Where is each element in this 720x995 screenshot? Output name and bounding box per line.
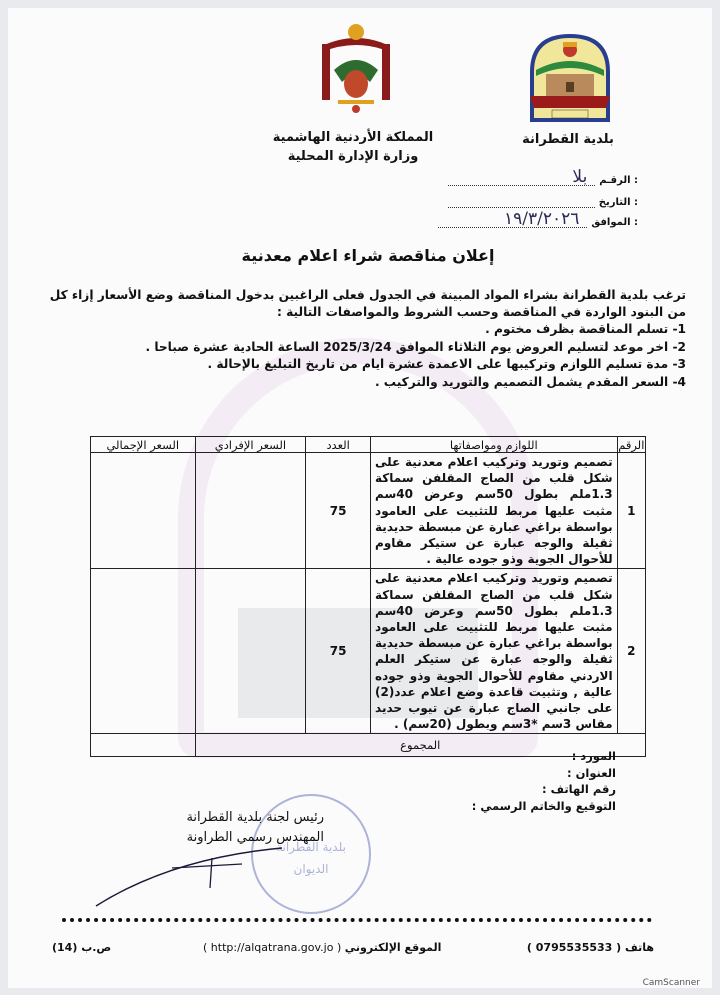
row-unit-price: [195, 569, 306, 734]
government-header: المملكة الأردنية الهاشمية وزارة الإدارة …: [228, 128, 478, 166]
reference-number-field: الرقـم : بلا: [448, 174, 638, 186]
municipality-logo-icon: [522, 30, 618, 126]
document-title: إعلان مناقصة شراء اعلام معدنية: [158, 246, 578, 265]
header-unit-price: السعر الإفرادي: [195, 437, 306, 453]
condition-item: 3- مدة تسليم اللوازم وتركيبها على الاعمد…: [46, 356, 686, 374]
document-page: بلدية القطرانة المملكة الأردنية الهاشمية…: [8, 8, 712, 988]
date-label: التاريخ :: [599, 197, 638, 208]
intro-paragraph: ترغب بلدية القطرانة بشراء المواد المبينة…: [46, 287, 686, 321]
footer-po-box: ص.ب (14): [52, 941, 111, 954]
row-total-price: [91, 453, 196, 569]
table-header-row: الرقم اللوازم ومواصفاتها العدد السعر الإ…: [91, 437, 646, 453]
footer-website-label: الموقع الإلكتروني: [345, 941, 442, 954]
footer-website-url: ( http://alqatrana.gov.jo ): [203, 941, 341, 954]
condition-item: 2- اخر موعد لتسليم العروض يوم الثلاثاء ا…: [46, 339, 686, 357]
row-description: تصميم وتوريد وتركيب اعلام معدنية على شكل…: [371, 453, 617, 568]
jordan-coat-of-arms-icon: [308, 20, 404, 116]
reference-number-label: الرقـم :: [599, 175, 638, 186]
corresponding-date-label: الموافق :: [591, 217, 638, 228]
condition-item: 4- السعر المقدم يشمل التصميم والتوريد وا…: [46, 374, 686, 392]
row-no: 2: [617, 569, 645, 734]
footer-phone: هاتف ( 0795535533 ): [527, 941, 654, 954]
supplier-label: المورد :: [472, 748, 616, 765]
header-quantity: العدد: [306, 437, 371, 453]
kingdom-name: المملكة الأردنية الهاشمية: [228, 128, 478, 147]
table-row: 1 تصميم وتوريد وتركيب اعلام معدنية على ش…: [91, 453, 646, 569]
conditions-list: 1- تسلم المناقصة بظرف مختوم . 2- اخر موع…: [46, 321, 686, 391]
header-no: الرقم: [617, 437, 645, 453]
supplier-fields: المورد : العنوان : رقم الهاتف : التوقيع …: [472, 748, 616, 814]
municipality-name: بلدية القطرانة: [488, 132, 648, 147]
corresponding-date-field: الموافق : ١٩/٣/٢٠٢٦: [438, 216, 638, 228]
row-quantity: 75: [306, 569, 371, 734]
date-field: التاريخ :: [448, 196, 638, 208]
condition-item: 1- تسلم المناقصة بظرف مختوم .: [46, 321, 686, 339]
items-table: الرقم اللوازم ومواصفاتها العدد السعر الإ…: [90, 436, 646, 757]
signature-stamp-label: التوقيع والخاتم الرسمي :: [472, 798, 616, 815]
handwritten-signature-icon: [92, 828, 292, 908]
table-row: 2 تصميم وتوريد وتركيب اعلام معدنية على ش…: [91, 569, 646, 734]
header-description: اللوازم ومواصفاتها: [371, 437, 618, 453]
phone-label: رقم الهاتف :: [472, 781, 616, 798]
row-quantity: 75: [306, 453, 371, 569]
total-value: [91, 734, 196, 757]
row-no: 1: [617, 453, 645, 569]
scanner-watermark: CamScanner: [643, 978, 700, 988]
header-total-price: السعر الإجمالي: [91, 437, 196, 453]
ministry-name: وزارة الإدارة المحلية: [228, 147, 478, 166]
row-description: تصميم وتوريد وتركيب اعلام معدنية على شكل…: [371, 569, 617, 733]
row-total-price: [91, 569, 196, 734]
footer-divider: [62, 918, 652, 922]
reference-number-value: بلا: [572, 167, 587, 187]
signatory-title: رئيس لجنة بلدية القطرانة: [104, 808, 324, 828]
footer-website: الموقع الإلكتروني ( http://alqatrana.gov…: [203, 941, 441, 954]
address-label: العنوان :: [472, 765, 616, 782]
row-unit-price: [195, 453, 306, 569]
corresponding-date-value: ١٩/٣/٢٠٢٦: [504, 209, 579, 229]
